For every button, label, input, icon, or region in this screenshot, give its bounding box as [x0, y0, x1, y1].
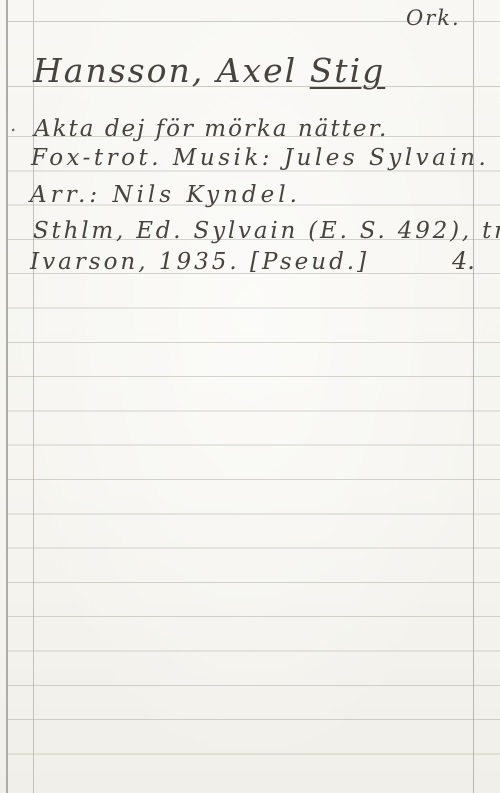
margin-dot: . [10, 114, 16, 134]
entry-arranger-line: Arr.: Nils Kyndel. [30, 184, 301, 207]
card-heading: Hansson, Axel Stig [33, 54, 385, 87]
entry-publisher-line: Sthlm, Ed. Sylvain (E. S. 492), tr. [33, 220, 500, 243]
entry-genre-composer-line: Fox-trot. Musik: Jules Sylvain. [31, 147, 489, 170]
catalog-card: Ork. Hansson, Axel Stig . Akta dej för m… [0, 0, 500, 793]
entry-printer-year-line: Ivarson, 1935. [Pseud.] [30, 251, 369, 274]
heading-underlined-name: Stig [310, 51, 386, 90]
page-number: 4. [452, 249, 475, 273]
heading-surname-forename: Hansson, Axel [33, 51, 310, 90]
corner-mark: Ork. [406, 8, 461, 29]
entry-title-line: Akta dej för mörka nätter. [34, 118, 388, 141]
